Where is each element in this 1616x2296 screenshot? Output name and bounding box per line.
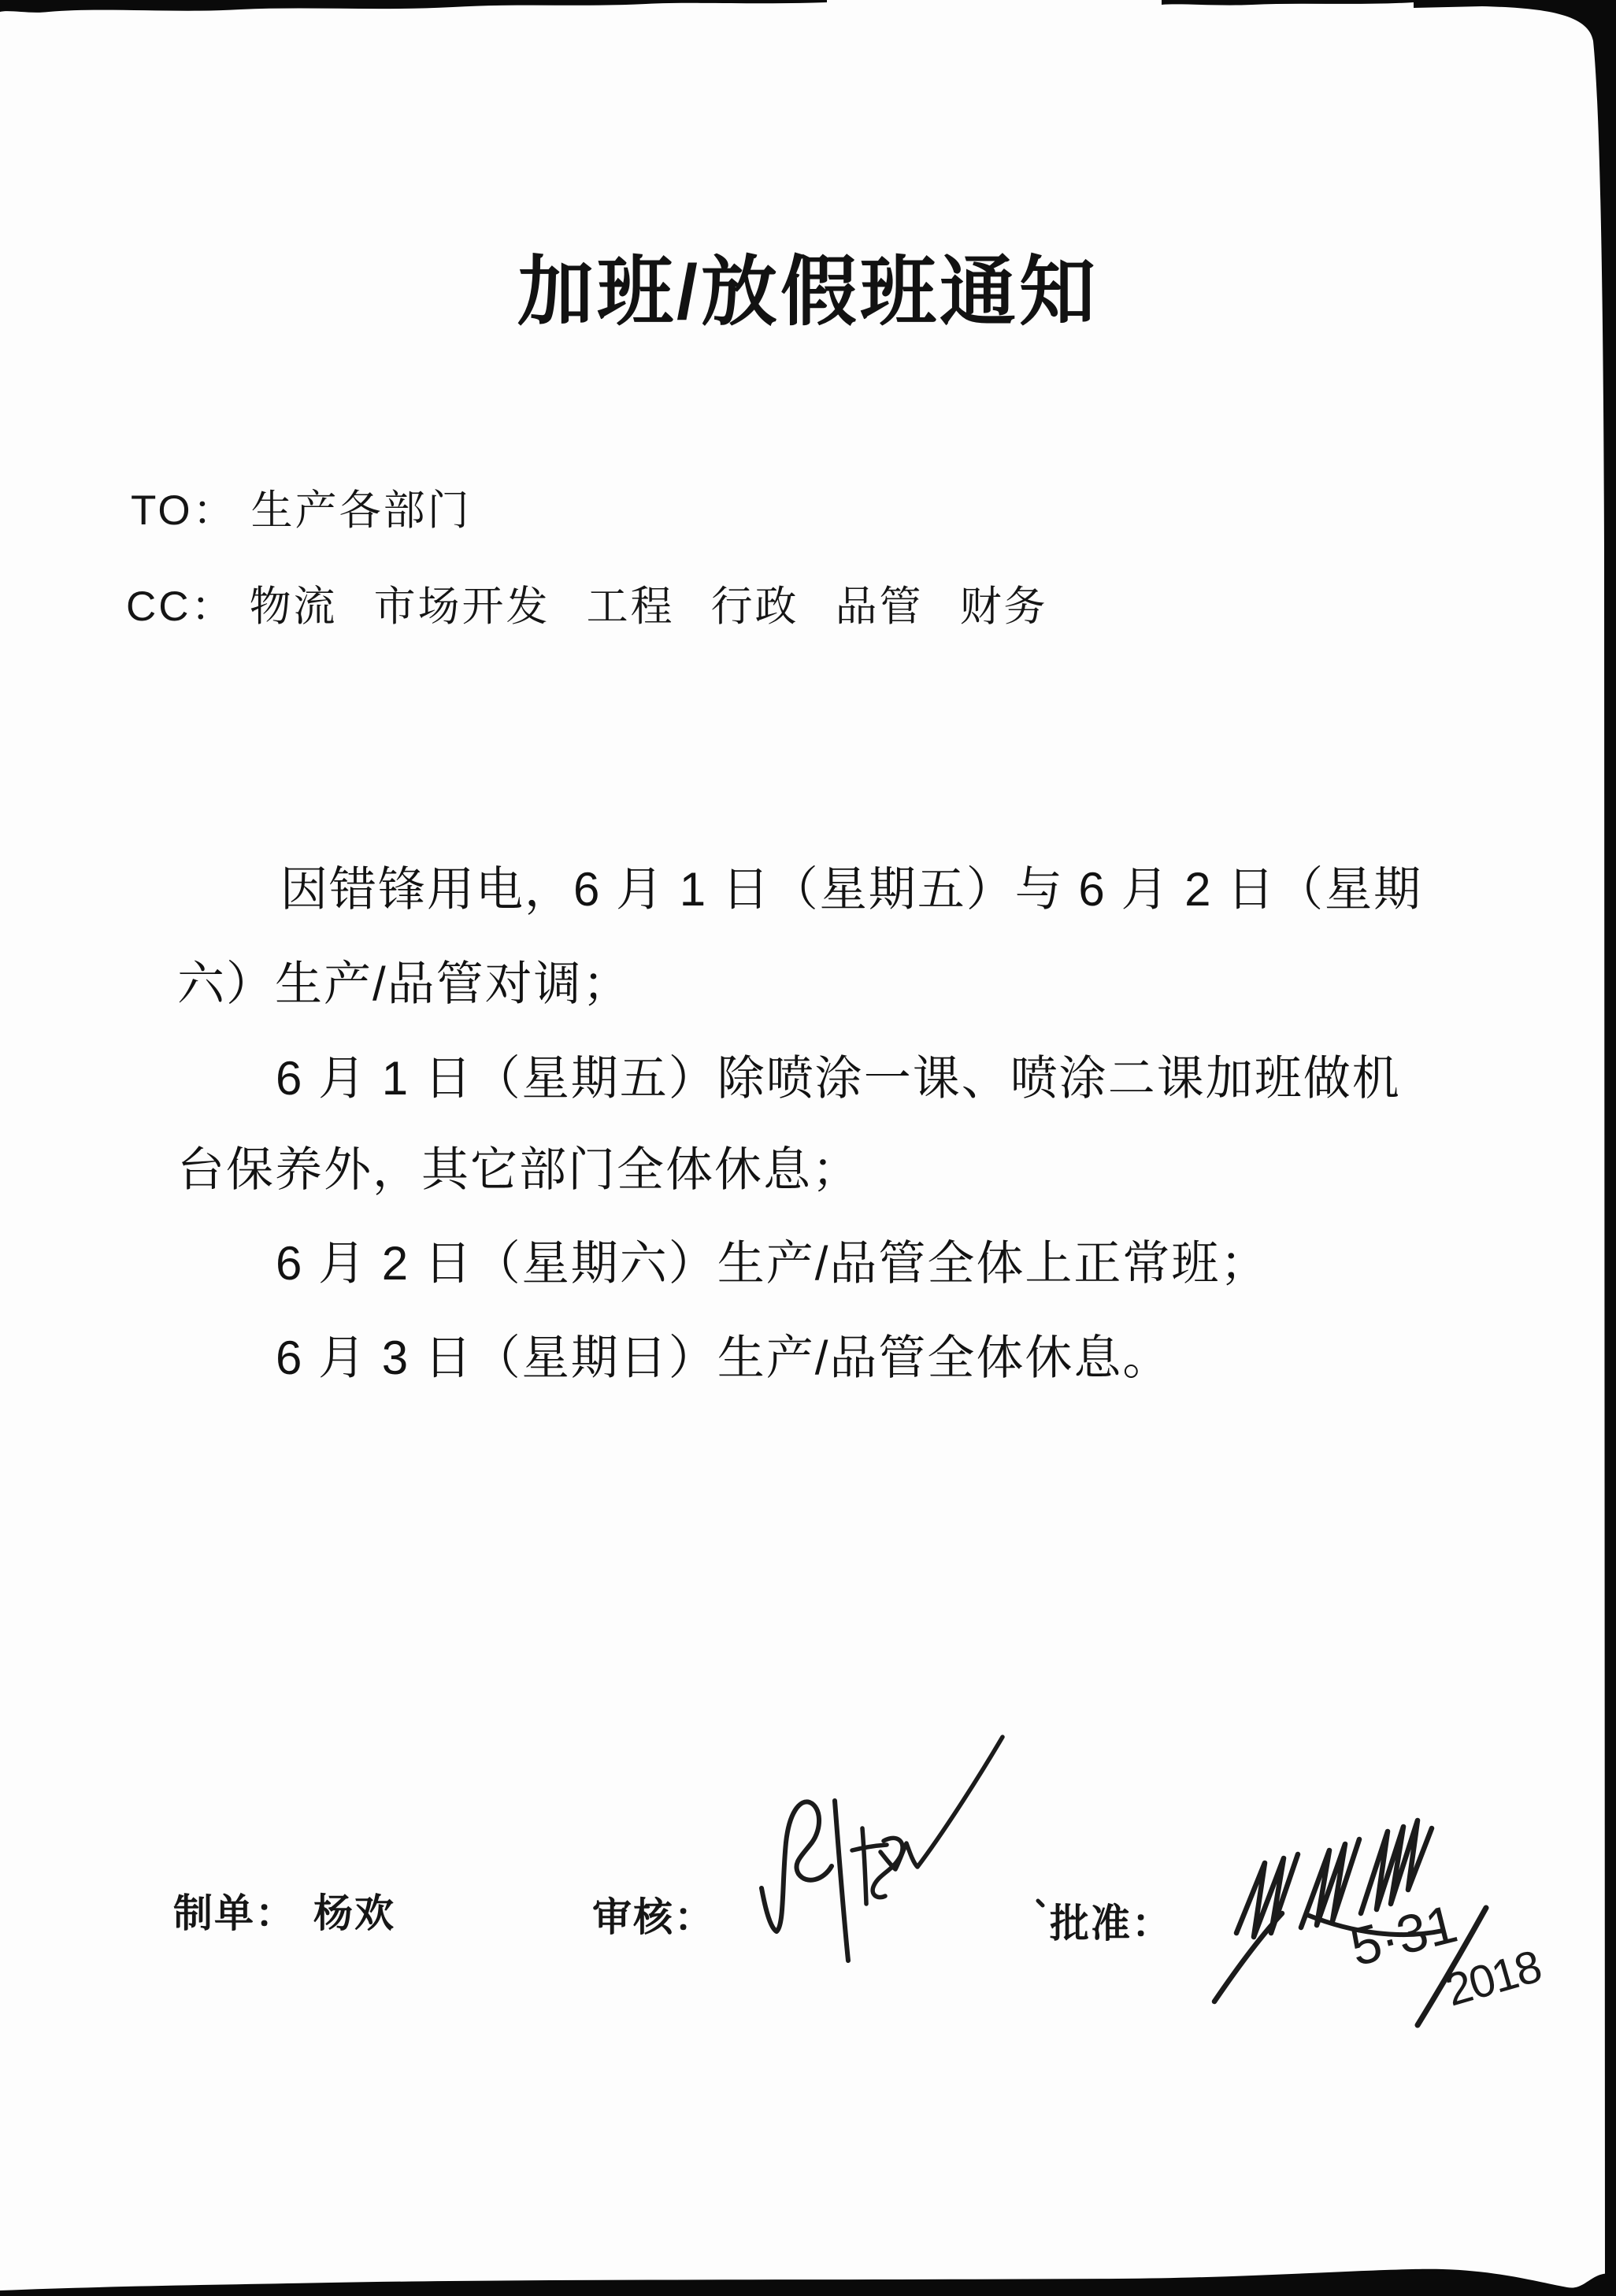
preparer-name: 杨欢: [313, 1891, 395, 1935]
bottom-edge-artifact: [0, 2269, 1616, 2296]
cc-item: 行政: [711, 583, 799, 630]
approval-date-monthday: 5·31: [1344, 1894, 1462, 1978]
date-slash: [1418, 1908, 1486, 2025]
cc-item: 工程: [587, 583, 675, 630]
body-line: 6 月 2 日（星期六）生产/品管全体上正常班；: [276, 1226, 1269, 1294]
to-line: TO：生产各部门: [131, 477, 472, 537]
top-edge-artifact-left: [0, 0, 827, 13]
reviewer-signature: [762, 1737, 1043, 1961]
cc-item: 市场开发: [374, 583, 550, 630]
approver-label: 批准：: [1050, 1892, 1173, 1949]
to-label: TO：: [131, 487, 237, 534]
to-value: 生产各部门: [251, 487, 472, 534]
cc-item: 物流: [250, 583, 338, 630]
approval-date-year: 2018: [1440, 1941, 1546, 2016]
body-line: 因错锋用电，6 月 1 日（星期五）与 6 月 2 日（星期: [280, 852, 1422, 920]
scanned-notice-page: 加班/放假班通知 TO：生产各部门 CC：物流市场开发工程行政品管财务 因错锋用…: [0, 0, 1616, 2296]
body-line: 六）生产/品管对调；: [177, 946, 632, 1014]
body-line: 6 月 3 日（星期日）生产/品管全体休息。: [276, 1320, 1171, 1388]
right-edge-artifact: [1414, 0, 1616, 2296]
cc-line: CC：物流市场开发工程行政品管财务: [126, 573, 1048, 633]
approver-signature: [1214, 1820, 1443, 2002]
preparer-label: 制单：: [173, 1891, 296, 1935]
cc-label: CC：: [126, 583, 235, 630]
reviewer-label: 审核：: [592, 1886, 715, 1942]
cc-item: 品管: [836, 583, 924, 630]
body-line: 台保养外，其它部门全体休息；: [177, 1132, 861, 1200]
approval-date: 5·31 2018: [1344, 1894, 1546, 2025]
body-line: 6 月 1 日（星期五）除喷涂一课、喷涂二课加班做机: [276, 1041, 1401, 1109]
top-edge-artifact-mid: [1162, 0, 1414, 6]
page-title: 加班/放假班通知: [0, 230, 1616, 340]
preparer-line: 制单：杨欢: [173, 1882, 395, 1939]
cc-item: 财务: [960, 583, 1048, 630]
